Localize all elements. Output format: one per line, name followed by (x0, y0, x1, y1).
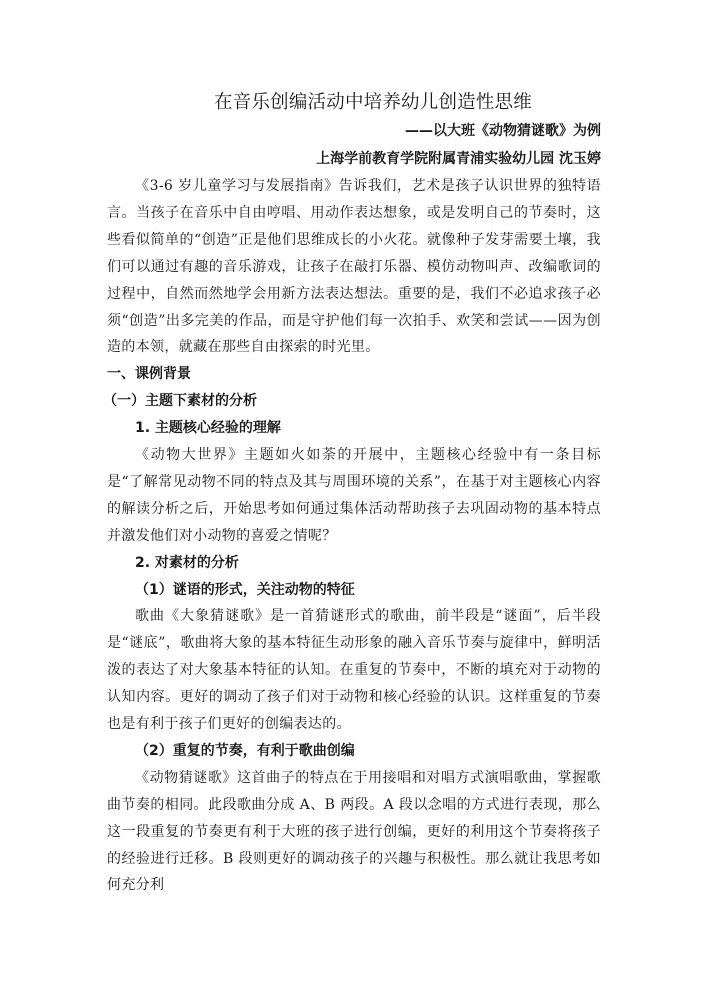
document-subtitle: ——以大班《动物猜谜歌》为例 (107, 118, 601, 145)
intro-paragraph: 《3-6 岁儿童学习与发展指南》告诉我们，艺术是孩子认识世界的独特语言。当孩子在… (107, 173, 601, 361)
point-heading: （1）谜语的形式，关注动物的特征 (107, 577, 601, 604)
body-paragraph: 《动物猜谜歌》这首曲子的特点在于用接唱和对唱方式演唱歌曲，掌握歌曲节奏的相同。此… (107, 765, 601, 900)
body-paragraph: 歌曲《大象猜谜歌》是一首猜谜形式的歌曲，前半段是“谜面”，后半段是“谜底”，歌曲… (107, 603, 601, 738)
section-heading: 一、课例背景 (107, 361, 601, 388)
body-paragraph: 《动物大世界》主题如火如荼的开展中，主题核心经验中有一条目标是“了解常见动物不同… (107, 442, 601, 550)
document-title: 在音乐创编活动中培养幼儿创造性思维 (145, 88, 601, 118)
author-line: 上海学前教育学院附属青浦实验幼儿园 沈玉婷 (107, 145, 601, 173)
document-page: 在音乐创编活动中培养幼儿创造性思维 ——以大班《动物猜谜歌》为例 上海学前教育学… (107, 88, 601, 899)
item-heading: 1. 主题核心经验的理解 (107, 415, 601, 442)
subsection-heading: （一）主题下素材的分析 (103, 388, 601, 415)
item-heading: 2. 对素材的分析 (107, 550, 601, 577)
point-heading: （2）重复的节奏，有利于歌曲创编 (107, 738, 601, 765)
